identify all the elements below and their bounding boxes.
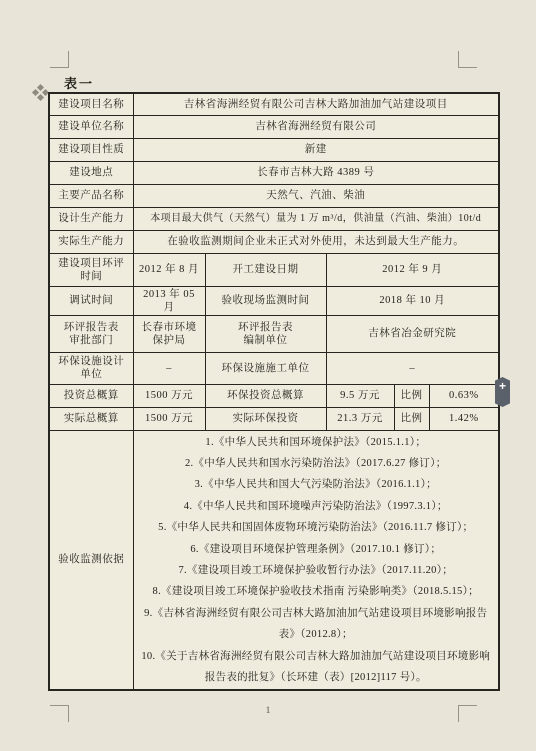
- project-nature-value: 新建: [133, 138, 499, 161]
- trial-date-value: 2013 年 05 月: [133, 286, 205, 315]
- construction-start-label: 开工建设日期: [205, 253, 326, 286]
- table-row: 验收监测依据 1.《中华人民共和国环境保护法》（2015.1.1）； 2.《中华…: [49, 430, 499, 690]
- acceptance-basis-list: 1.《中华人民共和国环境保护法》（2015.1.1）； 2.《中华人民共和国水污…: [133, 430, 499, 690]
- table-row: 环保设施设计 单位 – 环保设施施工单位 –: [49, 352, 499, 384]
- actual-capacity-value: 在验收监测期间企业未正式对外使用，未达到最大生产能力。: [133, 230, 499, 253]
- env-budget-value: 9.5 万元: [326, 384, 394, 407]
- table-row: 建设单位名称 吉林省海洲经贸有限公司: [49, 115, 499, 138]
- eia-date-value: 2012 年 8 月: [133, 253, 205, 286]
- ratio-label: 比例: [394, 384, 429, 407]
- actual-budget-label: 实际总概算: [49, 407, 133, 430]
- investment-budget-label: 投资总概算: [49, 384, 133, 407]
- basis-item: 2.《中华人民共和国水污染防治法》（2017.6.27 修订）；: [137, 453, 496, 474]
- ratio-value: 0.63%: [429, 384, 499, 407]
- table-row: 实际生产能力 在验收监测期间企业未正式对外使用，未达到最大生产能力。: [49, 230, 499, 253]
- project-name-value: 吉林省海洲经贸有限公司吉林大路加油加气站建设项目: [133, 93, 499, 115]
- basis-item: 6.《建设项目环境保护管理条例》（2017.10.1 修订）；: [137, 539, 496, 560]
- env-construction-unit-value: –: [326, 352, 499, 384]
- table-row: 调试时间 2013 年 05 月 验收现场监测时间 2018 年 10 月: [49, 286, 499, 315]
- construction-unit-label: 建设单位名称: [49, 115, 133, 138]
- env-design-unit-value: –: [133, 352, 205, 384]
- report-compiler-label: 环评报告表 编制单位: [205, 315, 326, 352]
- project-info-table: 建设项目名称 吉林省海洲经贸有限公司吉林大路加油加气站建设项目 建设单位名称 吉…: [48, 92, 500, 691]
- location-value: 长春市吉林大路 4389 号: [133, 161, 499, 184]
- location-label: 建设地点: [49, 161, 133, 184]
- report-compiler-value: 吉林省冶金研究院: [326, 315, 499, 352]
- table-row: 环评报告表 审批部门 长春市环境 保护局 环评报告表 编制单位 吉林省冶金研究院: [49, 315, 499, 352]
- basis-item: 7.《建设项目竣工环境保护验收暂行办法》（2017.11.20）；: [137, 560, 496, 581]
- env-construction-unit-label: 环保设施施工单位: [205, 352, 326, 384]
- eia-date-label: 建设项目环评 时间: [49, 253, 133, 286]
- env-design-unit-label: 环保设施设计 单位: [49, 352, 133, 384]
- basis-item: 1.《中华人民共和国环境保护法》（2015.1.1）；: [137, 432, 496, 453]
- basis-item: 9.《吉林省海洲经贸有限公司吉林大路加油加气站建设项目环境影响报告表》（2012…: [137, 603, 496, 646]
- construction-unit-value: 吉林省海洲经贸有限公司: [133, 115, 499, 138]
- document-page: 表一 建设项目名称 吉林省海洲经贸有限公司吉林大路加油加气站建设项目 建设单位名…: [0, 0, 536, 751]
- table-move-handle-icon[interactable]: [33, 85, 48, 100]
- main-products-label: 主要产品名称: [49, 184, 133, 207]
- investment-budget-value: 1500 万元: [133, 384, 205, 407]
- page-number: 1: [0, 705, 536, 715]
- basis-item: 5.《中华人民共和国固体废物环境污染防治法》（2016.11.7 修订）；: [137, 517, 496, 538]
- monitoring-date-value: 2018 年 10 月: [326, 286, 499, 315]
- table-row: 建设项目名称 吉林省海洲经贸有限公司吉林大路加油加气站建设项目: [49, 93, 499, 115]
- actual-env-investment-label: 实际环保投资: [205, 407, 326, 430]
- plus-icon: +: [499, 379, 506, 393]
- project-name-label: 建设项目名称: [49, 93, 133, 115]
- project-nature-label: 建设项目性质: [49, 138, 133, 161]
- acceptance-basis-label: 验收监测依据: [49, 430, 133, 690]
- design-capacity-label: 设计生产能力: [49, 207, 133, 230]
- approval-dept-label: 环评报告表 审批部门: [49, 315, 133, 352]
- basis-item: 8.《建设项目竣工环境保护验收技术指南 污染影响类》（2018.5.15）；: [137, 581, 496, 602]
- ratio-label: 比例: [394, 407, 429, 430]
- actual-capacity-label: 实际生产能力: [49, 230, 133, 253]
- table-row: 设计生产能力 本项目最大供气（天然气）量为 1 万 m³/d，供油量（汽油、柴油…: [49, 207, 499, 230]
- table-title: 表一: [64, 73, 94, 92]
- actual-env-investment-value: 21.3 万元: [326, 407, 394, 430]
- basis-item: 3.《中华人民共和国大气污染防治法》（2016.1.1）；: [137, 474, 496, 495]
- basis-item: 10.《关于吉林省海洲经贸有限公司吉林大路加油加气站建设项目环境影响报告表的批复…: [137, 646, 496, 689]
- margin-crop-mark-top-right: [458, 51, 477, 68]
- monitoring-date-label: 验收现场监测时间: [205, 286, 326, 315]
- table-row: 建设项目环评 时间 2012 年 8 月 开工建设日期 2012 年 9 月: [49, 253, 499, 286]
- table-row: 实际总概算 1500 万元 实际环保投资 21.3 万元 比例 1.42%: [49, 407, 499, 430]
- margin-crop-mark-top-left: [50, 51, 69, 68]
- table-row: 建设项目性质 新建: [49, 138, 499, 161]
- table-row: 投资总概算 1500 万元 环保投资总概算 9.5 万元 比例 0.63%: [49, 384, 499, 407]
- ratio-value: 1.42%: [429, 407, 499, 430]
- add-button[interactable]: +: [495, 377, 510, 407]
- design-capacity-value: 本项目最大供气（天然气）量为 1 万 m³/d，供油量（汽油、柴油）10t/d: [133, 207, 499, 230]
- main-products-value: 天然气、汽油、柴油: [133, 184, 499, 207]
- basis-item: 4.《中华人民共和国环境噪声污染防治法》（1997.3.1）；: [137, 496, 496, 517]
- trial-date-label: 调试时间: [49, 286, 133, 315]
- approval-dept-value: 长春市环境 保护局: [133, 315, 205, 352]
- actual-budget-value: 1500 万元: [133, 407, 205, 430]
- table-row: 建设地点 长春市吉林大路 4389 号: [49, 161, 499, 184]
- table-row: 主要产品名称 天然气、汽油、柴油: [49, 184, 499, 207]
- env-budget-label: 环保投资总概算: [205, 384, 326, 407]
- construction-start-value: 2012 年 9 月: [326, 253, 499, 286]
